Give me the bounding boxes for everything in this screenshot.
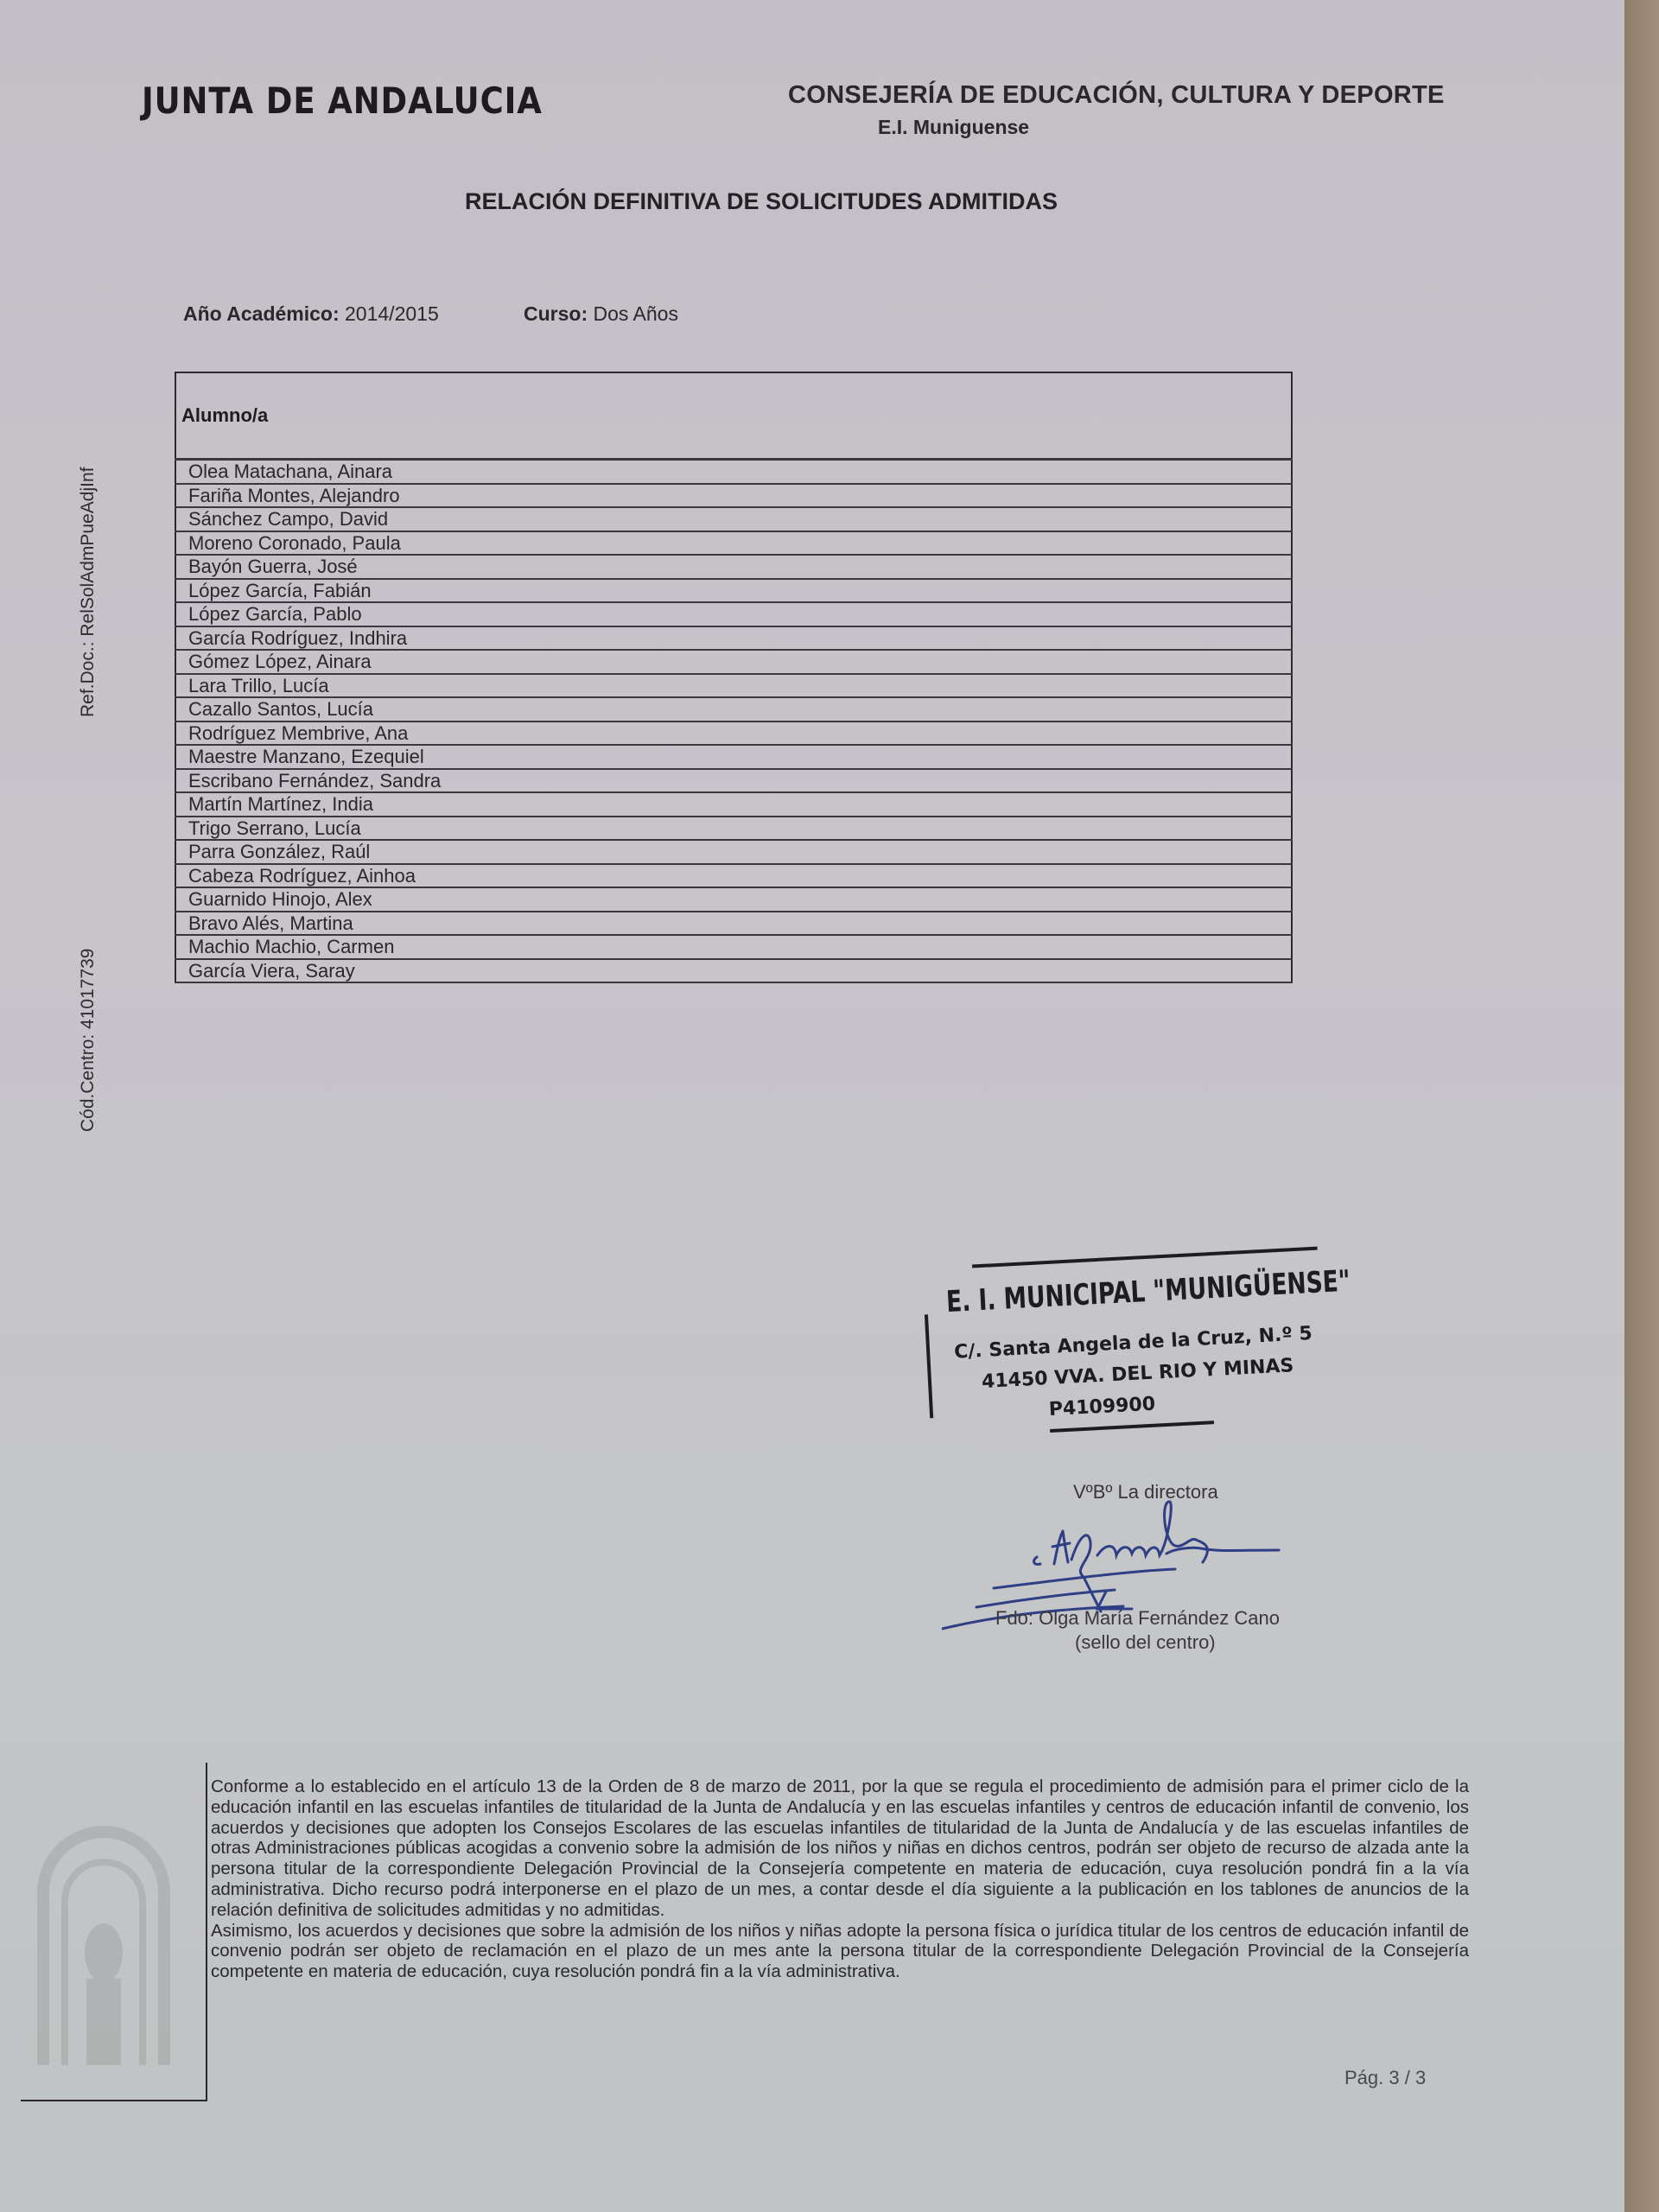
table-row: Cazallo Santos, Lucía	[175, 697, 1292, 721]
stamp-city: 41450 VVA. DEL RIO Y MINAS	[981, 1355, 1294, 1393]
signed-by: Fdo: Olga María Fernández Cano	[995, 1607, 1280, 1630]
stamp-bottom-line	[1050, 1421, 1214, 1433]
table-row: Fariña Montes, Alejandro	[175, 484, 1292, 508]
stamp-school-name: E. I. MUNICIPAL "MUNIGÜENSE"	[945, 1264, 1351, 1319]
table-row: López García, Pablo	[175, 602, 1292, 626]
junta-andalucia-logo: JUNTA DE ANDALUCIA	[142, 79, 543, 122]
table-row: Bayón Guerra, José	[175, 555, 1292, 579]
table-row: Moreno Coronado, Paula	[175, 531, 1292, 556]
table-row: Lara Trillo, Lucía	[175, 674, 1292, 698]
academic-year: Año Académico: 2014/2015	[183, 302, 439, 326]
table-row: Cabeza Rodríguez, Ainhoa	[175, 864, 1292, 888]
table-row: Machio Machio, Carmen	[175, 935, 1292, 959]
student-name: Cazallo Santos, Lucía	[175, 697, 1292, 721]
student-name: Escribano Fernández, Sandra	[175, 769, 1292, 793]
department-name: CONSEJERÍA DE EDUCACIÓN, CULTURA Y DEPOR…	[788, 81, 1445, 110]
admitted-students-table: Alumno/a Olea Matachana, AinaraFariña Mo…	[175, 372, 1293, 983]
table-row: Olea Matachana, Ainara	[175, 460, 1292, 484]
student-name: Bayón Guerra, José	[175, 555, 1292, 579]
table-row: Maestre Manzano, Ezequiel	[175, 745, 1292, 769]
student-name: Olea Matachana, Ainara	[175, 460, 1292, 484]
legal-paragraph-2: Asimismo, los acuerdos y decisiones que …	[211, 1921, 1469, 1982]
background-surface	[1624, 0, 1659, 2212]
school-stamp: E. I. MUNICIPAL "MUNIGÜENSE" C/. Santa A…	[912, 1238, 1319, 1449]
table-row: Sánchez Campo, David	[175, 507, 1292, 531]
legal-paragraph-1: Conforme a lo establecido en el artículo…	[211, 1777, 1469, 1921]
academic-year-label: Año Académico:	[183, 302, 340, 325]
student-name: Martín Martínez, India	[175, 792, 1292, 817]
table-row: Bravo Alés, Martina	[175, 912, 1292, 936]
student-name: Machio Machio, Carmen	[175, 935, 1292, 959]
student-name: García Rodríguez, Indhira	[175, 626, 1292, 651]
student-name: Bravo Alés, Martina	[175, 912, 1292, 936]
table-row: Escribano Fernández, Sandra	[175, 769, 1292, 793]
student-name: Trigo Serrano, Lucía	[175, 817, 1292, 841]
page-number: Pág. 3 / 3	[1344, 2067, 1426, 2089]
student-name: Sánchez Campo, David	[175, 507, 1292, 531]
course-value: Dos Años	[594, 302, 678, 325]
student-name: Cabeza Rodríguez, Ainhoa	[175, 864, 1292, 888]
student-name: Guarnido Hinojo, Alex	[175, 887, 1292, 912]
document-page: JUNTA DE ANDALUCIA CONSEJERÍA DE EDUCACI…	[0, 0, 1624, 2212]
column-header-student: Alumno/a	[175, 372, 1292, 460]
document-title: RELACIÓN DEFINITIVA DE SOLICITUDES ADMIT…	[465, 188, 1058, 215]
student-name: Fariña Montes, Alejandro	[175, 484, 1292, 508]
school-name: E.I. Muniguense	[878, 116, 1029, 139]
student-name: López García, Fabián	[175, 579, 1292, 603]
table-row: Rodríguez Membrive, Ana	[175, 721, 1292, 746]
table-row: Parra González, Raúl	[175, 840, 1292, 864]
legal-notice-frame	[21, 1763, 207, 2101]
student-name: Gómez López, Ainara	[175, 650, 1292, 674]
table-row: Martín Martínez, India	[175, 792, 1292, 817]
table-row: Guarnido Hinojo, Alex	[175, 887, 1292, 912]
table-header-row: Alumno/a	[175, 372, 1292, 460]
table-row: López García, Fabián	[175, 579, 1292, 603]
table-row: Gómez López, Ainara	[175, 650, 1292, 674]
student-name: Rodríguez Membrive, Ana	[175, 721, 1292, 746]
center-code: Cód.Centro: 41017739	[78, 949, 99, 1133]
course: Curso: Dos Años	[524, 302, 678, 326]
stamp-top-line	[972, 1247, 1318, 1268]
table-row: García Rodríguez, Indhira	[175, 626, 1292, 651]
student-rows: Olea Matachana, AinaraFariña Montes, Ale…	[175, 460, 1292, 983]
course-label: Curso:	[524, 302, 588, 325]
stamp-side-line	[925, 1314, 933, 1418]
student-name: Moreno Coronado, Paula	[175, 531, 1292, 556]
legal-notice: Conforme a lo establecido en el artículo…	[211, 1777, 1469, 1982]
table-row: García Viera, Saray	[175, 959, 1292, 983]
reference-document: Ref.Doc.: RelSolAdmPueAdjInf	[78, 467, 99, 717]
table-row: Trigo Serrano, Lucía	[175, 817, 1292, 841]
stamp-code: P4109900	[1048, 1394, 1155, 1421]
seal-caption: (sello del centro)	[1075, 1631, 1216, 1654]
academic-year-value: 2014/2015	[345, 302, 439, 325]
student-name: Maestre Manzano, Ezequiel	[175, 745, 1292, 769]
student-name: García Viera, Saray	[175, 959, 1292, 983]
student-name: Lara Trillo, Lucía	[175, 674, 1292, 698]
student-name: Parra González, Raúl	[175, 840, 1292, 864]
student-name: López García, Pablo	[175, 602, 1292, 626]
